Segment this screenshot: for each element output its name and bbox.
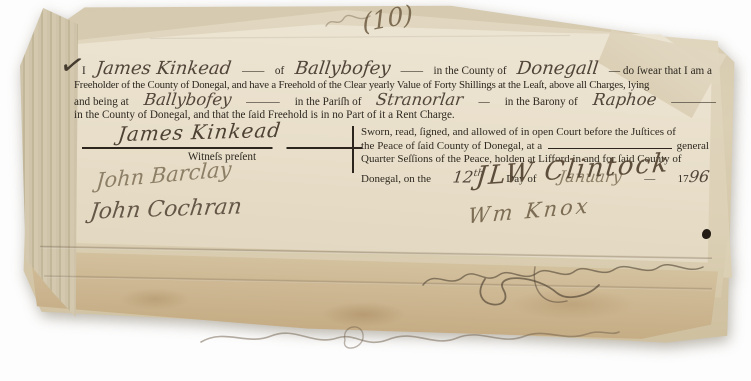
court-line-1: Sworn, read, ſigned, and allowed of in o… — [361, 126, 709, 140]
printed-at-a: the Peace of ſaid County of Donegal, at … — [361, 140, 542, 154]
rule-dash: —— — [401, 65, 423, 77]
faint-inscription-2 — [195, 312, 625, 357]
rule-dash: —— — [242, 65, 264, 77]
column-divider-rule — [352, 126, 354, 173]
written-year: 96 — [688, 170, 710, 184]
freehold-place: Ballybofey — [142, 90, 232, 109]
printed-on-the: Donegal, on the — [361, 173, 431, 187]
form-line-3: and being at Ballybofey ——— in the Pariſ… — [74, 90, 716, 109]
document-scan: (10) ✓ I James Kinkead —— of Ballybofey … — [0, 0, 751, 381]
freeholder-signature: James Kinkead — [117, 118, 283, 146]
parish-name: Stranorlar — [375, 90, 464, 109]
printed-general: general — [677, 140, 709, 154]
rule-dash: ——— — [246, 96, 280, 108]
printed-swear-tail: — do ſwear that I am a — [609, 65, 712, 77]
faint-scribble-top — [318, 8, 380, 34]
printed-being-at: and being at — [74, 96, 129, 108]
printed-county-label: in the County of — [434, 65, 507, 77]
rule-dash: ———— — [671, 96, 716, 108]
barony-name: Raphoe — [592, 90, 658, 109]
ink-blot — [702, 229, 711, 239]
faint-inscription-1 — [415, 255, 715, 317]
printed-barony-label: in the Barony of — [505, 96, 578, 108]
printed-of: of — [275, 65, 284, 77]
residence-place: Ballybofey — [293, 58, 391, 79]
signature-rule — [82, 147, 362, 149]
printed-i: I — [82, 65, 86, 77]
rule-dash: — — [479, 96, 490, 108]
county-name: Donegall — [516, 58, 600, 79]
printed-parish-label: in the Pariſh of — [295, 96, 362, 108]
freeholder-name: James Kinkead — [95, 58, 233, 79]
form-line-1: I James Kinkead —— of Ballybofey —— in t… — [82, 58, 712, 79]
